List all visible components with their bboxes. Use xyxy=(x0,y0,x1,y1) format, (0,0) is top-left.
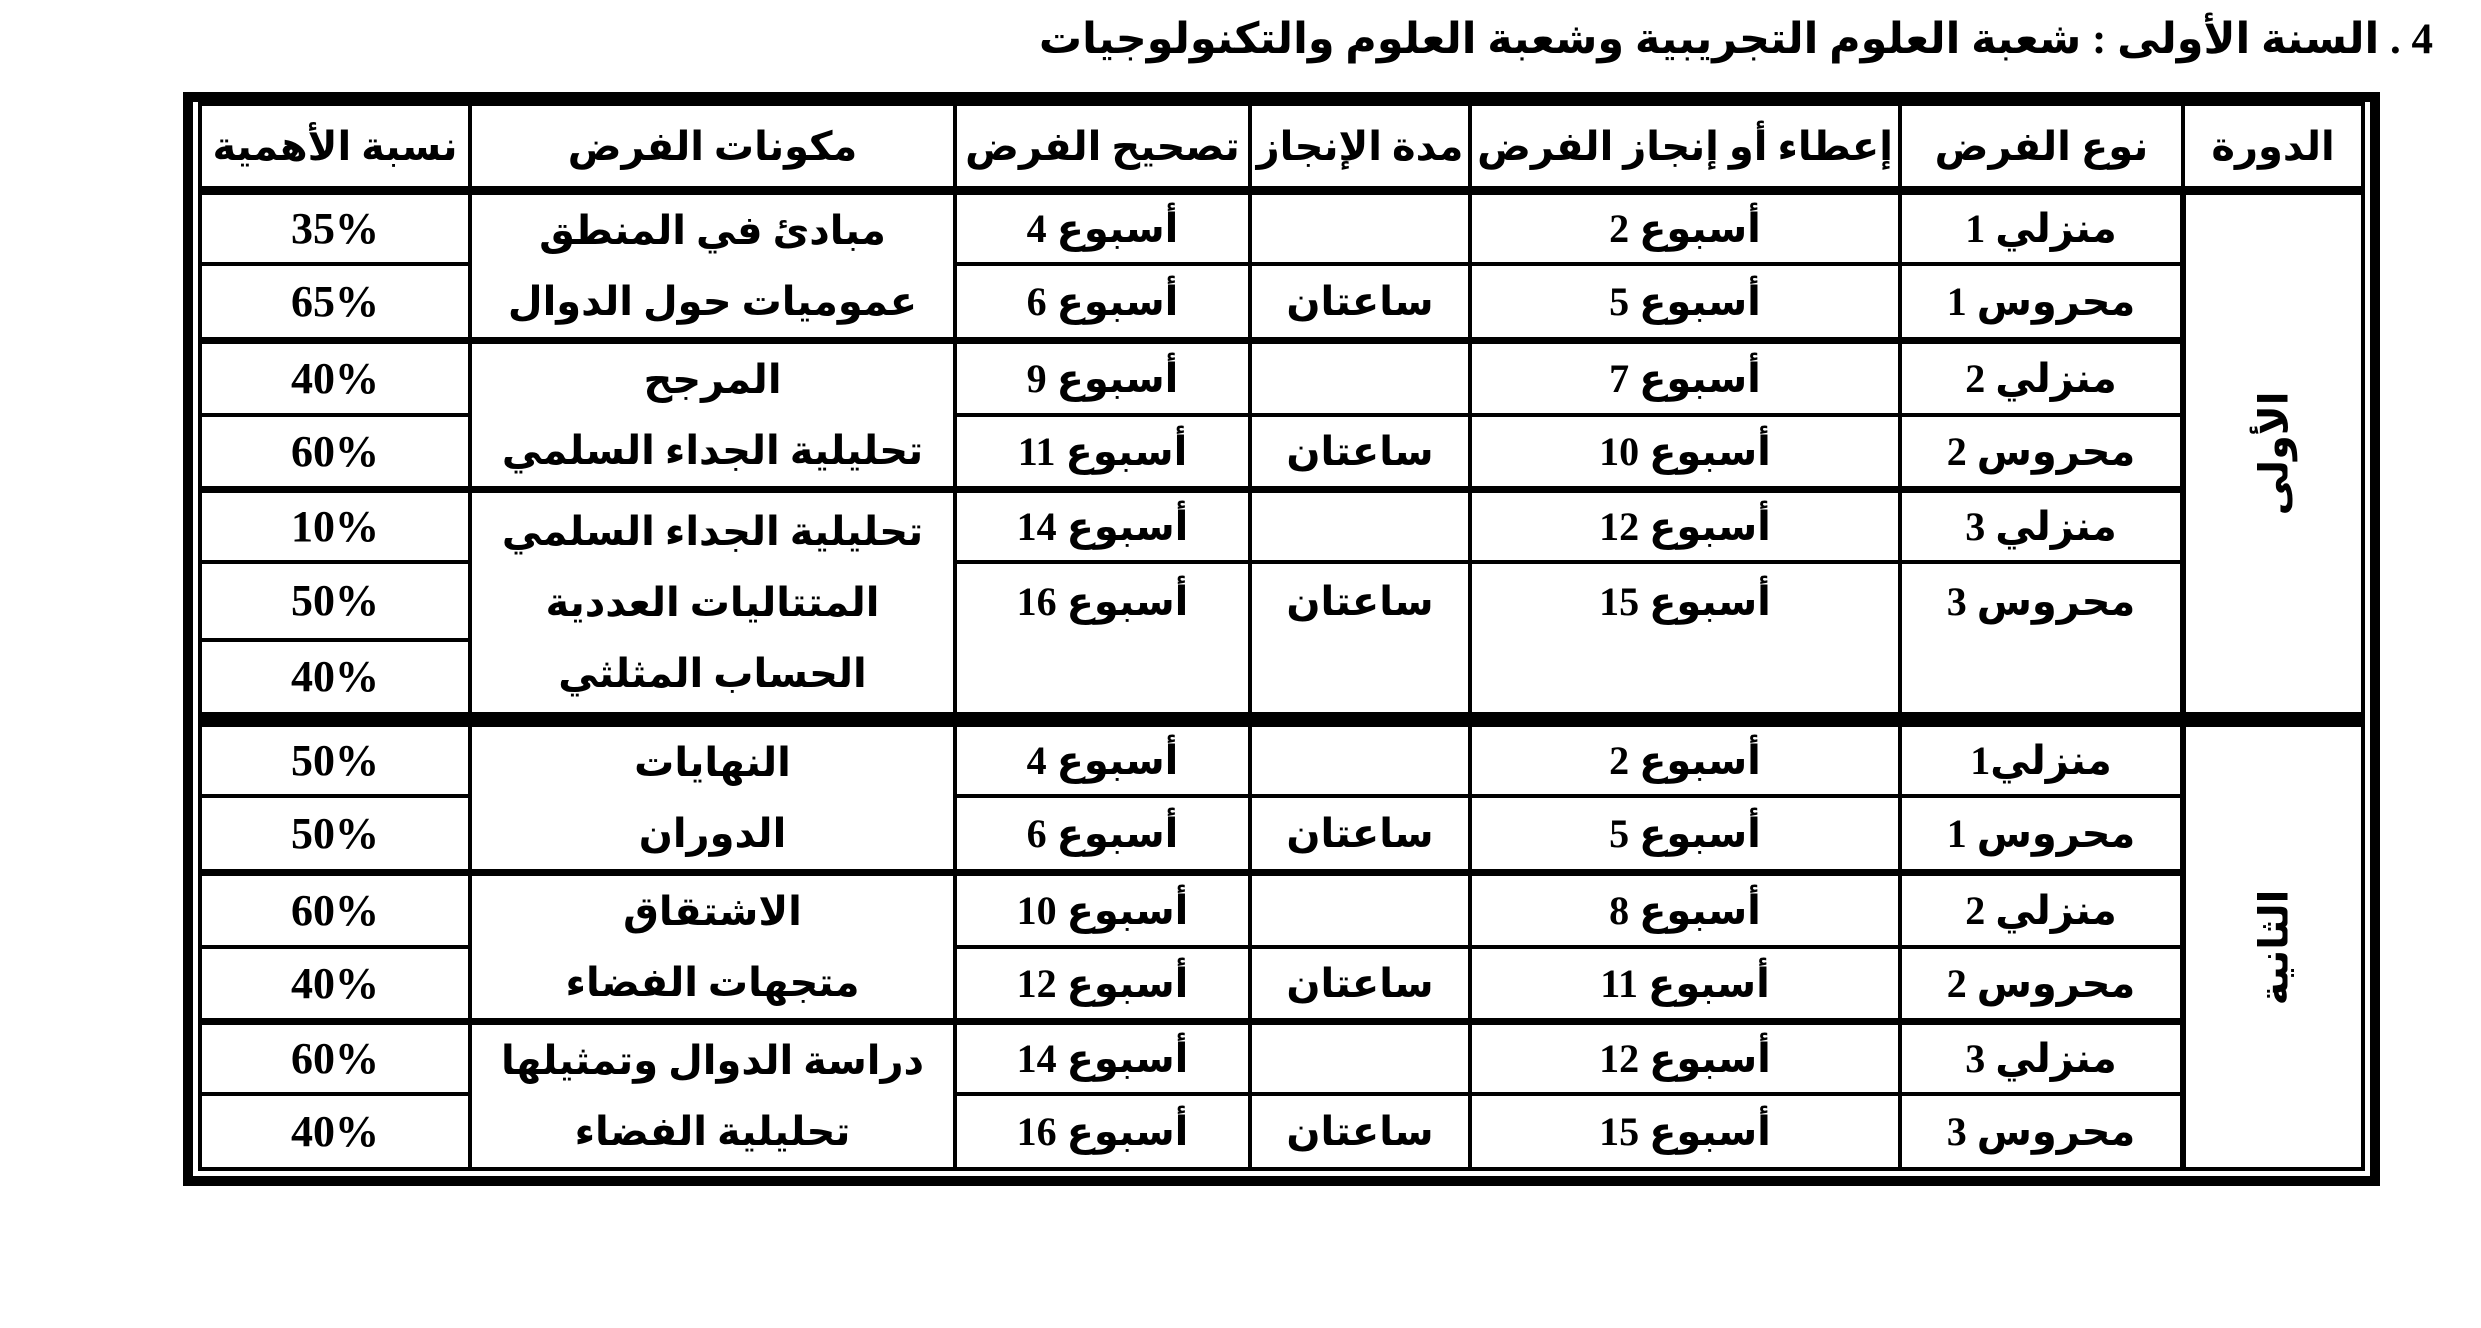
importance-cell: 40% xyxy=(200,947,470,1022)
session-label-vertical: الثانية xyxy=(2250,889,2297,1005)
given-week-cell: أسبوع 2 xyxy=(1470,720,1900,797)
duration-cell: ساعتان xyxy=(1250,264,1470,341)
test-type-cell: منزلي 1 xyxy=(1900,191,2183,264)
test-type-cell: محروس 2 xyxy=(1900,415,2183,490)
assessment-table-box: الدورة نوع الفرض إعطاء أو إنجاز الفرض مد… xyxy=(183,92,2380,1186)
test-type-cell: منزلي 3 xyxy=(1900,490,2183,562)
table-row: منزلي 2 أسبوع 8 أسبوع 10 الاشتقاق متجهات… xyxy=(200,873,2363,948)
corrected-week-cell: أسبوع 10 xyxy=(955,873,1250,948)
duration-cell: ساعتان xyxy=(1250,947,1470,1022)
header-correction: تصحيح الفرض xyxy=(955,104,1250,191)
corrected-week-cell: أسبوع 4 xyxy=(955,720,1250,797)
session-cell: الثانية xyxy=(2183,720,2363,1170)
given-week-cell: أسبوع 15 xyxy=(1470,1094,1900,1169)
duration-cell xyxy=(1250,720,1470,797)
importance-cell: 40% xyxy=(200,341,470,416)
test-type-cell: محروس 3 xyxy=(1900,1094,2183,1169)
test-type-cell: محروس 1 xyxy=(1900,796,2183,873)
duration-cell xyxy=(1250,490,1470,562)
assessment-table: الدورة نوع الفرض إعطاء أو إنجاز الفرض مد… xyxy=(198,102,2365,1171)
test-type-cell: منزلي 2 xyxy=(1900,873,2183,948)
header-components: مكونات الفرض xyxy=(470,104,955,191)
header-test-type: نوع الفرض xyxy=(1900,104,2183,191)
corrected-week-cell: أسبوع 14 xyxy=(955,490,1250,562)
components-cell: المرجح تحليلية الجداء السلمي xyxy=(470,341,955,490)
components-cell: مبادئ في المنطق عموميات حول الدوال xyxy=(470,191,955,341)
importance-cell: 60% xyxy=(200,873,470,948)
duration-cell: ساعتان xyxy=(1250,796,1470,873)
given-week-cell: أسبوع 10 xyxy=(1470,415,1900,490)
component-item: الدوران xyxy=(472,798,953,869)
importance-cell: 50% xyxy=(200,562,470,640)
component-item: متجهات الفضاء xyxy=(472,947,953,1018)
components-cell: دراسة الدوال وتمثيلها تحليلية الفضاء xyxy=(470,1022,955,1170)
given-week-cell: أسبوع 11 xyxy=(1470,947,1900,1022)
test-type-cell: منزلي 2 xyxy=(1900,341,2183,416)
component-item: الاشتقاق xyxy=(472,876,953,947)
components-cell: الاشتقاق متجهات الفضاء xyxy=(470,873,955,1022)
duration-cell xyxy=(1250,1022,1470,1095)
corrected-week-cell: أسبوع 4 xyxy=(955,191,1250,264)
importance-cell: 65% xyxy=(200,264,470,341)
component-item: عموميات حول الدوال xyxy=(472,266,953,337)
corrected-week-cell: أسبوع 14 xyxy=(955,1022,1250,1095)
importance-cell: 60% xyxy=(200,415,470,490)
corrected-week-cell: أسبوع 6 xyxy=(955,796,1250,873)
header-session: الدورة xyxy=(2183,104,2363,191)
components-cell: النهايات الدوران xyxy=(470,720,955,873)
corrected-week-cell: أسبوع 16 xyxy=(955,562,1250,720)
table-row: الأولى منزلي 1 أسبوع 2 أسبوع 4 مبادئ في … xyxy=(200,191,2363,264)
corrected-week-cell: أسبوع 11 xyxy=(955,415,1250,490)
component-item: المرجح xyxy=(472,344,953,415)
header-row: الدورة نوع الفرض إعطاء أو إنجاز الفرض مد… xyxy=(200,104,2363,191)
given-week-cell: أسبوع 15 xyxy=(1470,562,1900,720)
corrected-week-cell: أسبوع 12 xyxy=(955,947,1250,1022)
importance-cell: 40% xyxy=(200,640,470,720)
given-week-cell: أسبوع 2 xyxy=(1470,191,1900,264)
given-week-cell: أسبوع 12 xyxy=(1470,1022,1900,1095)
table-row: الثانية منزلي1 أسبوع 2 أسبوع 4 النهايات … xyxy=(200,720,2363,797)
header-importance: نسبة الأهمية xyxy=(200,104,470,191)
importance-cell: 60% xyxy=(200,1022,470,1095)
header-duration: مدة الإنجاز xyxy=(1250,104,1470,191)
corrected-week-cell: أسبوع 6 xyxy=(955,264,1250,341)
component-item: مبادئ في المنطق xyxy=(472,195,953,266)
component-item: المتتاليات العددية xyxy=(472,567,953,638)
session-label-vertical: الأولى xyxy=(2250,392,2297,516)
test-type-cell: محروس 2 xyxy=(1900,947,2183,1022)
given-week-cell: أسبوع 8 xyxy=(1470,873,1900,948)
component-item: تحليلية الفضاء xyxy=(472,1096,953,1167)
importance-cell: 50% xyxy=(200,720,470,797)
importance-cell: 40% xyxy=(200,1094,470,1169)
given-week-cell: أسبوع 5 xyxy=(1470,264,1900,341)
table-row: منزلي 3 أسبوع 12 أسبوع 14 تحليلية الجداء… xyxy=(200,490,2363,562)
given-week-cell: أسبوع 7 xyxy=(1470,341,1900,416)
table-row: منزلي 2 أسبوع 7 أسبوع 9 المرجح تحليلية ا… xyxy=(200,341,2363,416)
test-type-cell: منزلي1 xyxy=(1900,720,2183,797)
table-row: منزلي 3 أسبوع 12 أسبوع 14 دراسة الدوال و… xyxy=(200,1022,2363,1095)
given-week-cell: أسبوع 12 xyxy=(1470,490,1900,562)
session-cell: الأولى xyxy=(2183,191,2363,720)
corrected-week-cell: أسبوع 9 xyxy=(955,341,1250,416)
test-type-cell: منزلي 3 xyxy=(1900,1022,2183,1095)
duration-cell: ساعتان xyxy=(1250,1094,1470,1169)
test-type-cell: محروس 3 xyxy=(1900,562,2183,720)
importance-cell: 35% xyxy=(200,191,470,264)
duration-cell: ساعتان xyxy=(1250,562,1470,720)
importance-cell: 50% xyxy=(200,796,470,873)
component-item: الحساب المثلثي xyxy=(472,638,953,709)
duration-cell xyxy=(1250,191,1470,264)
component-item: تحليلية الجداء السلمي xyxy=(472,415,953,486)
component-item: النهايات xyxy=(472,727,953,798)
header-give-or-do: إعطاء أو إنجاز الفرض xyxy=(1470,104,1900,191)
component-item: تحليلية الجداء السلمي xyxy=(472,496,953,567)
components-cell: تحليلية الجداء السلمي المتتاليات العددية… xyxy=(470,490,955,720)
component-item: دراسة الدوال وتمثيلها xyxy=(472,1025,953,1096)
page-title: 4 . السنة الأولى : شعبة العلوم التجريبية… xyxy=(1039,14,2433,64)
given-week-cell: أسبوع 5 xyxy=(1470,796,1900,873)
duration-cell xyxy=(1250,873,1470,948)
document-page: 4 . السنة الأولى : شعبة العلوم التجريبية… xyxy=(0,0,2481,1328)
corrected-week-cell: أسبوع 16 xyxy=(955,1094,1250,1169)
duration-cell: ساعتان xyxy=(1250,415,1470,490)
duration-cell xyxy=(1250,341,1470,416)
test-type-cell: محروس 1 xyxy=(1900,264,2183,341)
importance-cell: 10% xyxy=(200,490,470,562)
